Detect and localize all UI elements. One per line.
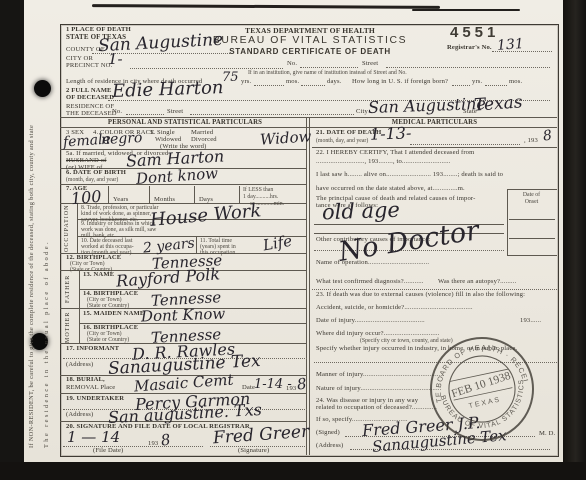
- registrar-no-handwritten: 131: [497, 37, 525, 53]
- yrs-label: yrs.: [241, 79, 251, 86]
- dept-title: TEXAS DEPARTMENT OF HEALTH: [225, 27, 395, 35]
- mother-vertical-label: MOTHER: [65, 310, 71, 344]
- occupation-vertical-label: OCCUPATION: [64, 206, 70, 252]
- occurred-line: have occurred on the date stated above, …: [316, 186, 465, 193]
- age-months-label: Months: [154, 197, 175, 204]
- street-label: Street: [362, 61, 378, 68]
- fill-line: [485, 85, 507, 86]
- certify-line: 22. I HEREBY CERTIFY, That I attended de…: [316, 150, 474, 157]
- serial-number: 4551: [450, 24, 499, 41]
- burial-year-handwritten: 8: [296, 377, 307, 393]
- scan-artifact-streak: [412, 9, 520, 11]
- age-less-label-2: 1 day..........hrs.: [243, 194, 278, 200]
- cell-line: [149, 186, 150, 203]
- undertaker-address-label: (Address): [66, 412, 93, 419]
- age-less-label-1: If LESS than: [243, 187, 273, 193]
- street-label: Street: [167, 109, 183, 116]
- personal-section-title: PERSONAL AND STATISTICAL PARTICULARS: [63, 119, 307, 126]
- cell-line: [196, 236, 197, 253]
- age-years-label: Years: [113, 197, 128, 204]
- medical-section-title: MEDICAL PARTICULARS: [312, 119, 557, 126]
- registrar-no-label: Registrar's No.: [447, 45, 492, 52]
- residence-state-handwritten: Texas: [473, 94, 523, 114]
- row-line: [312, 147, 557, 148]
- days-label: days.: [327, 79, 342, 86]
- bureau-title: BUREAU OF VITAL STATISTICS: [208, 35, 412, 46]
- father-vertical-label: FATHER: [65, 272, 71, 306]
- residence-city-handwritten: San Augustine: [368, 96, 486, 116]
- precinct-fill-line: [130, 68, 283, 69]
- age-handwritten: 100: [70, 189, 102, 208]
- precinct-no-label: PRECINCT NO.: [66, 63, 112, 70]
- onset-label-1: Date of: [508, 192, 555, 198]
- external-causes-label: 23. If death was due to external causes …: [316, 292, 525, 299]
- cell-line: [239, 186, 240, 203]
- margin-note-residence: The residence in the usual place of abod…: [43, 46, 50, 448]
- mother-maiden-name-label: 15. MAIDEN NAME: [83, 311, 144, 318]
- mother-name-handwritten: Dont Know: [141, 307, 226, 325]
- onset-label-2: Onset: [508, 199, 555, 205]
- cell-line: [194, 186, 195, 203]
- death-year-printed: , 193: [524, 138, 538, 145]
- signed-address-label: (Address): [316, 443, 343, 450]
- of-deceased-label: OF DECEASED: [66, 95, 114, 102]
- file-date-sub-label: (File Date): [93, 448, 123, 455]
- mother-birthplace-sub-2: (State or Country): [87, 337, 129, 343]
- undertaker-label: 19. UNDERTAKER: [66, 396, 124, 403]
- street-fill-line: [386, 67, 550, 68]
- informant-address-label: (Address): [66, 362, 93, 369]
- no-fill-line: [300, 67, 358, 68]
- no-label: No.: [287, 61, 297, 68]
- fill-line: [190, 114, 354, 115]
- cell-line: [108, 186, 109, 203]
- row-line: [312, 289, 557, 290]
- occupation-related-label-2: related to occupation of deceased?......…: [316, 405, 437, 412]
- signed-label: (Signed): [316, 430, 340, 437]
- received-date-stamp: STATE BOARD OF HEALTH · RECEIVED BUREAU …: [417, 324, 547, 454]
- the-deceased-label: THE DECEASED: [66, 111, 117, 118]
- file-year-printed: 193: [148, 441, 158, 448]
- injury-date-label: Date of injury..........................…: [316, 318, 425, 325]
- cell-line: [77, 203, 78, 253]
- mos-label: mos.: [509, 79, 522, 86]
- signature-sub-label: (Signature): [238, 448, 269, 455]
- no-label: No.: [112, 109, 122, 116]
- foreign-born-label: How long in U. S. if foreign born?: [352, 79, 448, 86]
- scanned-death-certificate: If NON-RESIDENT, be careful to give the …: [0, 0, 586, 480]
- last-saw-line: I last saw h........ alive on...........…: [316, 172, 503, 179]
- fill-line: [63, 446, 203, 447]
- fill-line: [452, 85, 470, 86]
- injury-nature-label: Nature of injury........................…: [316, 386, 441, 393]
- cause-of-death-handwritten: old age: [322, 200, 401, 224]
- certify-dates-line: ..........................., 193........…: [316, 159, 450, 166]
- date-of-death-sub: (month, day, and year): [316, 138, 368, 144]
- file-date-handwritten: 1 — 14: [67, 430, 120, 445]
- onset-line: [509, 219, 555, 220]
- institution-note: If in an institution, give name of insti…: [248, 70, 407, 76]
- death-year-handwritten: 8: [542, 128, 553, 143]
- father-name-label: 13. NAME: [83, 272, 114, 279]
- scan-bottom-band: [0, 462, 586, 480]
- margin-note-nonresident: If NON-RESIDENT, be careful to give the …: [28, 46, 35, 448]
- injury-where-label: Where did injury occur?.................…: [316, 331, 439, 338]
- cell-line: [79, 308, 80, 343]
- city-label: City: [356, 109, 368, 116]
- mos-label: mos.: [286, 79, 299, 86]
- length-years-handwritten: 75: [222, 71, 239, 84]
- fill-line: [301, 85, 325, 86]
- stamp-state-text: TEXAS: [468, 396, 502, 410]
- father-birthplace-sub-2: (State or Country): [87, 303, 129, 309]
- age-days-label: Days: [199, 197, 213, 204]
- deceased-name-handwritten: Edie Harton: [112, 79, 224, 101]
- stamp-date-text: FEB 10 1938: [450, 370, 512, 400]
- informant-label: 17. INFORMANT: [66, 346, 119, 353]
- burial-label-2: REMOVAL Place: [66, 385, 115, 392]
- marital-handwritten: Widow: [260, 129, 312, 148]
- scan-right-band: [563, 0, 586, 480]
- onset-line: [509, 238, 555, 239]
- accident-label: Accident, suicide, or homicide?.........…: [316, 305, 473, 312]
- fill-line: [126, 114, 164, 115]
- dob-sub-label: (month, day, and year): [66, 177, 118, 183]
- file-year-handwritten: 8: [160, 432, 172, 448]
- test-label: What test confirmed diagnosis?..........…: [316, 279, 424, 286]
- dob-label: 6. DATE OF BIRTH: [66, 170, 126, 177]
- autopsy-label: Was there an autopsy?.........: [438, 279, 516, 286]
- date-of-death-handwritten: 1-13-: [370, 125, 412, 142]
- fill-line: [254, 85, 284, 86]
- precinct-handwritten: 1-: [108, 52, 123, 67]
- burial-label-1: 18. BURIAL,: [66, 377, 105, 384]
- fill-line: [410, 144, 520, 145]
- burial-date-handwritten: 1-14 -: [254, 378, 292, 391]
- race-handwritten: negro: [101, 131, 143, 147]
- yrs-label: yrs.: [472, 79, 482, 86]
- certificate-title: STANDARD CERTIFICATE OF DEATH: [216, 47, 404, 56]
